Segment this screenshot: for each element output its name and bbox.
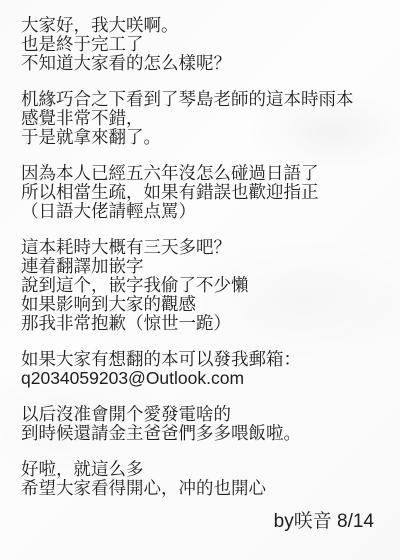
text-line: 希望大家看得開心，冲的也開心 — [21, 479, 390, 498]
text-line: 說到這个，嵌字我偷了不少懶 — [21, 276, 390, 295]
scan-page: 大家好，我大咲啊。 也是終于完工了 不知道大家看的怎么樣呢？ 机緣巧合之下看到了… — [0, 0, 400, 560]
text-line: 感覺非常不錯， — [21, 109, 390, 128]
text-line: 那我非常抱歉（惊世一跪） — [21, 314, 390, 333]
paragraph-apology-language: 因為本人已經五六年沒怎么碰過日語了 所以相當生疏，如果有錯誤也歡迎指正 （日語大… — [21, 164, 390, 221]
paragraph-greeting: 大家好，我大咲啊。 也是終于完工了 不知道大家看的怎么樣呢？ — [21, 16, 390, 73]
text-line: 于是就拿來翻了。 — [21, 128, 390, 147]
text-line: 好啦，就這么多 — [21, 460, 390, 479]
text-line: 如果影响到大家的觀感 — [21, 295, 390, 314]
paragraph-discovery: 机緣巧合之下看到了琴島老師的這本時雨本 感覺非常不錯， 于是就拿來翻了。 — [21, 90, 390, 147]
signature: by咲音 8/14 — [274, 506, 374, 533]
paragraph-workload: 這本耗時大概有三天多吧？ 連着翻譯加嵌字 說到這个，嵌字我偷了不少懶 如果影响到… — [21, 238, 390, 333]
email-address: q2034059203@Outlook.com — [21, 369, 390, 388]
text-line: 也是終于完工了 — [21, 35, 390, 54]
text-column: 大家好，我大咲啊。 也是終于完工了 不知道大家看的怎么樣呢？ 机緣巧合之下看到了… — [21, 16, 390, 515]
text-line: 連着翻譯加嵌字 — [21, 257, 390, 276]
text-line: 机緣巧合之下看到了琴島老師的這本時雨本 — [21, 90, 390, 109]
text-line: 所以相當生疏，如果有錯誤也歡迎指正 — [21, 183, 390, 202]
text-line: 因為本人已經五六年沒怎么碰過日語了 — [21, 164, 390, 183]
text-line: 到時候還請金主爸爸們多多喂飯啦。 — [21, 424, 390, 443]
text-line: （日語大佬請輕点罵） — [21, 202, 390, 221]
text-line: 如果大家有想翻的本可以發我郵箱： — [21, 350, 390, 369]
text-line: 這本耗時大概有三天多吧？ — [21, 238, 390, 257]
paragraph-closing: 好啦，就這么多 希望大家看得開心，冲的也開心 — [21, 460, 390, 498]
paragraph-contact: 如果大家有想翻的本可以發我郵箱： q2034059203@Outlook.com — [21, 350, 390, 388]
text-line: 不知道大家看的怎么樣呢？ — [21, 54, 390, 73]
text-line: 以后沒准會開个愛發電啥的 — [21, 405, 390, 424]
paragraph-future-plans: 以后沒准會開个愛發電啥的 到時候還請金主爸爸們多多喂飯啦。 — [21, 405, 390, 443]
text-line: 大家好，我大咲啊。 — [21, 16, 390, 35]
